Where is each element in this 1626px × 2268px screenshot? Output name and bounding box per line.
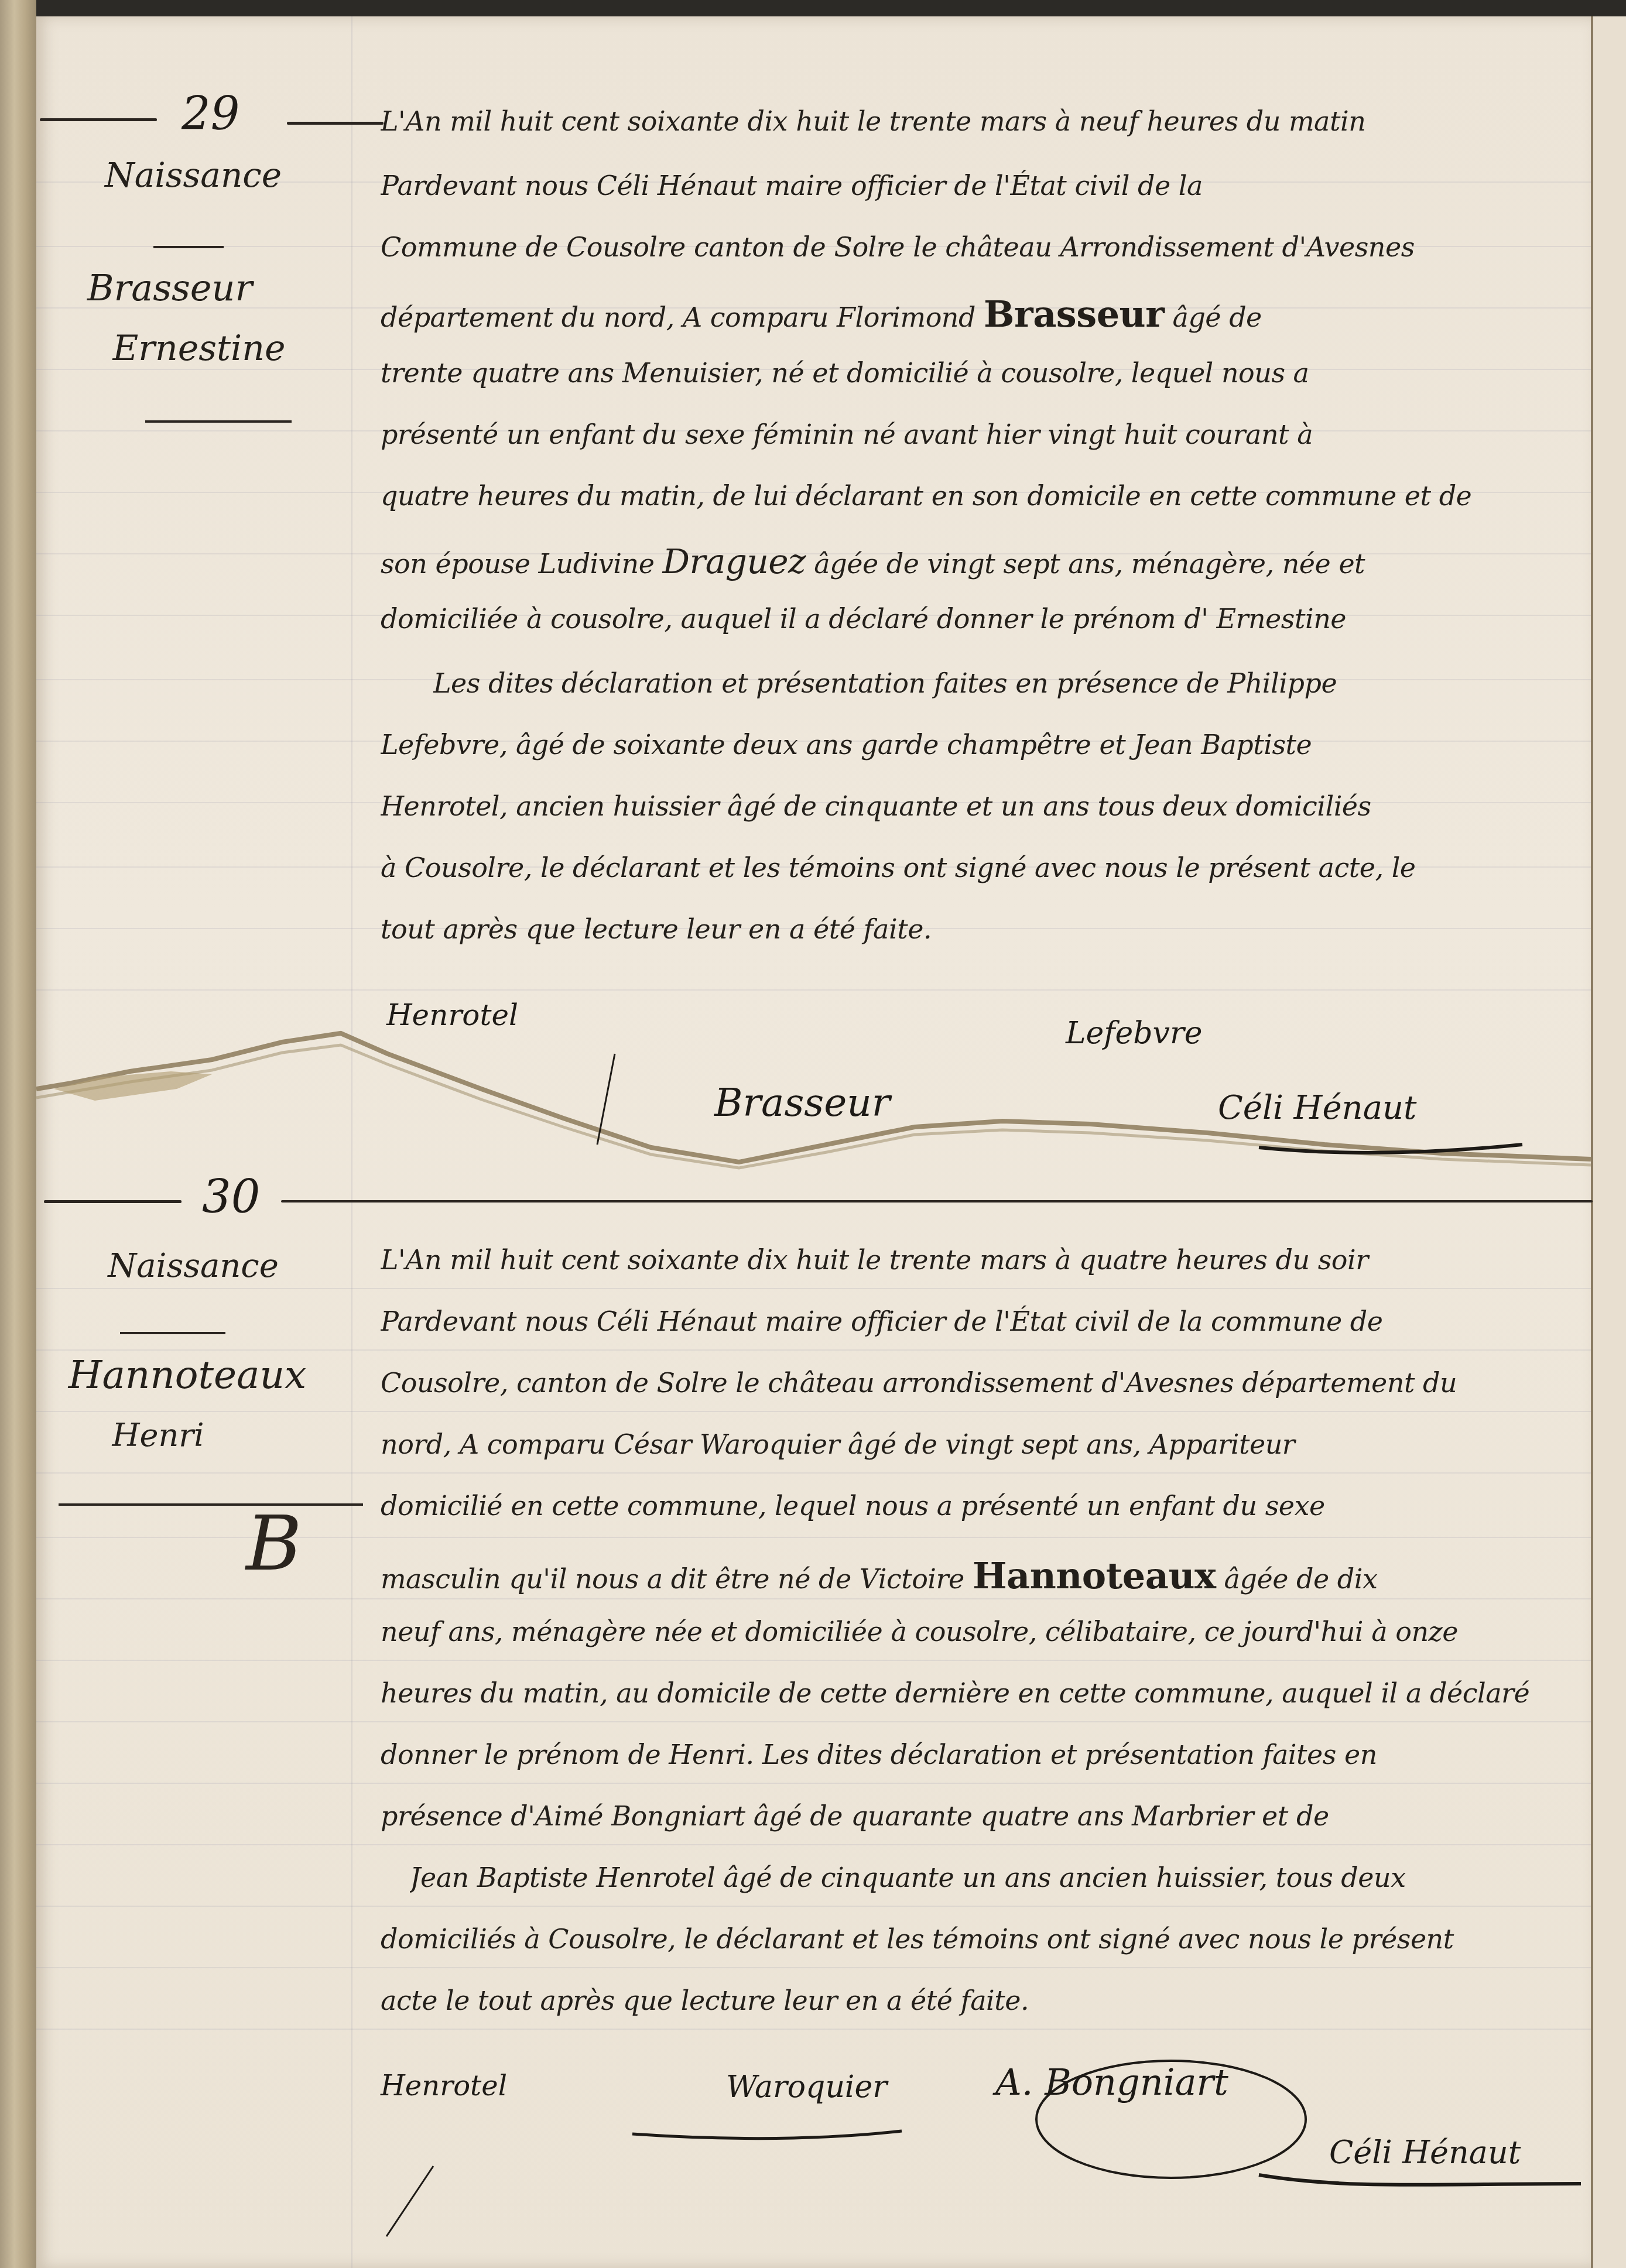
signature-flourishes (0, 0, 1626, 2268)
